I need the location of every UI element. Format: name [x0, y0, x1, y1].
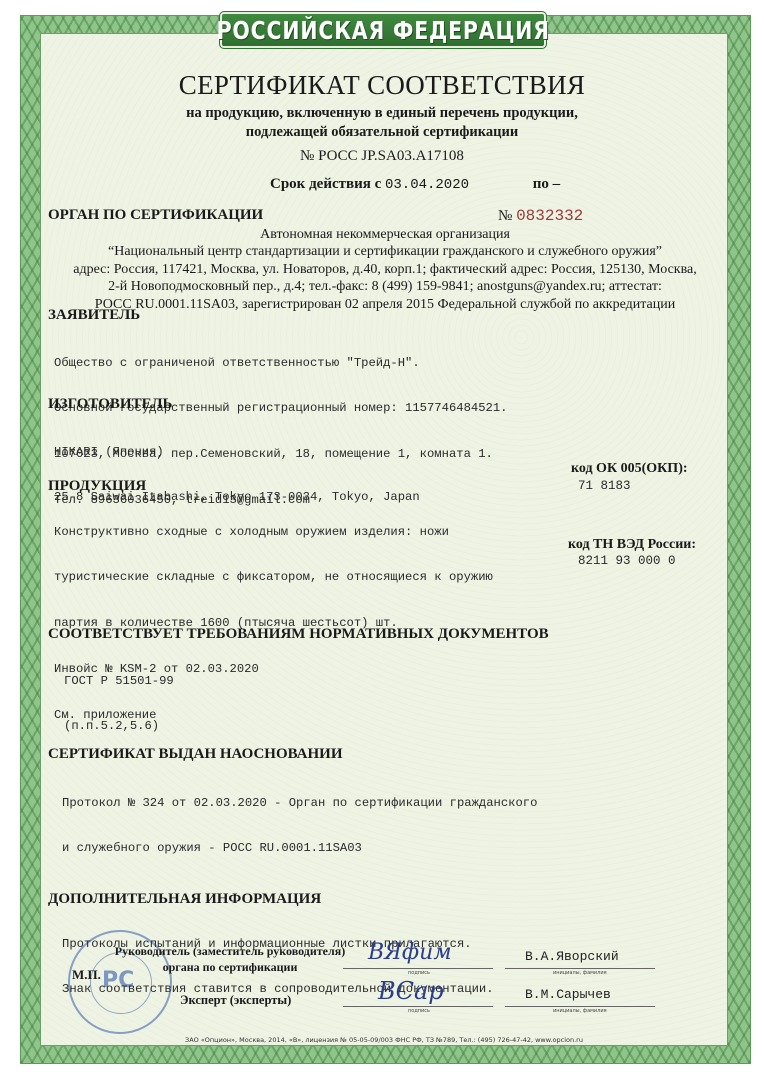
head-label-line: Руководитель (заместитель руководителя) — [110, 943, 350, 959]
blank-number-label: № — [498, 208, 512, 224]
cert-body-heading: ОРГАН ПО СЕРТИФИКАЦИИ — [48, 207, 263, 224]
printer-info: ЗАО «Опцион», Москва, 2014, «В», лицензи… — [40, 1036, 728, 1044]
certificate-number: № РОСС JP.SA03.A17108 — [0, 148, 764, 165]
product-line: Конструктивно сходные с холодным оружием… — [54, 525, 493, 540]
org-line: 2-й Новоподмосковный пер., д.4; тел.-фак… — [40, 278, 730, 295]
subtitle-line: подлежащей обязательной сертификации — [0, 123, 764, 142]
expert-name-line — [505, 1006, 655, 1007]
tnved-code-value: 8211 93 000 0 — [578, 554, 676, 568]
head-signature-line — [343, 968, 493, 969]
signature-caption: подпись — [408, 970, 430, 976]
org-line: РОСС RU.0001.11SA03, зарегистрирован 02 … — [40, 296, 730, 313]
expert-name: В.М.Сарычев — [525, 987, 611, 1002]
validity-to-label: по — [533, 176, 549, 192]
okp-code-value: 71 8183 — [578, 479, 631, 493]
cert-body-details: Автономная некоммерческая организация “Н… — [40, 226, 730, 313]
basis-line: и служебного оружия - РОСС RU.0001.11SA0… — [62, 841, 537, 856]
name-caption: инициалы, фамилия — [553, 970, 607, 976]
product-heading: ПРОДУКЦИЯ — [48, 478, 146, 495]
okp-code-label: код ОК 005(ОКП): — [571, 461, 688, 477]
basis-heading: СЕРТИФИКАТ ВЫДАН НАОСНОВАНИИ — [48, 746, 343, 763]
validity-to: – — [553, 176, 561, 192]
subtitle-line: на продукцию, включенную в единый перече… — [0, 104, 764, 123]
head-signature: ВЯфим — [368, 940, 452, 965]
org-line: “Национальный центр стандартизации и сер… — [40, 243, 730, 260]
expert-label: Эксперт (эксперты) — [180, 992, 291, 1008]
signature-caption: подпись — [408, 1008, 430, 1014]
seal-place-label: М.П. — [72, 967, 101, 983]
applicant-line: Общество с ограниченой ответственностью … — [54, 356, 507, 371]
org-line: адрес: Россия, 117421, Москва, ул. Новат… — [40, 261, 730, 278]
standards-line: ГОСТ Р 51501-99 — [64, 674, 174, 689]
org-line: Автономная некоммерческая организация — [40, 226, 730, 243]
head-signatory-label: Руководитель (заместитель руководителя) … — [110, 943, 350, 975]
header-ribbon: РОССИЙСКАЯ ФЕДЕРАЦИЯ — [220, 12, 546, 48]
basis-details: Протокол № 324 от 02.03.2020 - Орган по … — [62, 765, 537, 872]
certificate-subtitle: на продукцию, включенную в единый перече… — [0, 104, 764, 142]
manufacturer-line: HIKARI (Япония) — [54, 445, 420, 460]
head-label-line: органа по сертификации — [110, 959, 350, 975]
validity-from: 03.04.2020 — [385, 177, 469, 193]
standards-heading: СООТВЕТСТВУЕТ ТРЕБОВАНИЯМ НОРМАТИВНЫХ ДО… — [48, 626, 549, 643]
applicant-heading: ЗАЯВИТЕЛЬ — [48, 307, 140, 324]
validity-label: Срок действия с — [270, 176, 381, 192]
blank-number-value: 0832332 — [516, 207, 583, 225]
standards-details: ГОСТ Р 51501-99 (п.п.5.2,5.6) — [64, 643, 174, 750]
head-name-line — [505, 968, 655, 969]
expert-signature-line — [343, 1006, 493, 1007]
blank-number: № 0832332 — [498, 207, 583, 225]
head-name: В.А.Яворский — [525, 949, 619, 964]
basis-line: Протокол № 324 от 02.03.2020 - Орган по … — [62, 796, 537, 811]
tnved-code-label: код ТН ВЭД России: — [568, 537, 696, 553]
validity-period: Срок действия с 03.04.2020 по – — [270, 176, 560, 193]
certificate-title: СЕРТИФИКАТ СООТВЕТСТВИЯ — [0, 70, 764, 101]
expert-signature: ВСар — [378, 977, 444, 1005]
standards-line: (п.п.5.2,5.6) — [64, 719, 174, 734]
ribbon-text: РОССИЙСКАЯ ФЕДЕРАЦИЯ — [216, 16, 549, 45]
name-caption: инициалы, фамилия — [553, 1008, 607, 1014]
manufacturer-heading: ИЗГОТОВИТЕЛЬ — [48, 396, 172, 413]
product-line: туристические складные с фиксатором, не … — [54, 570, 493, 585]
